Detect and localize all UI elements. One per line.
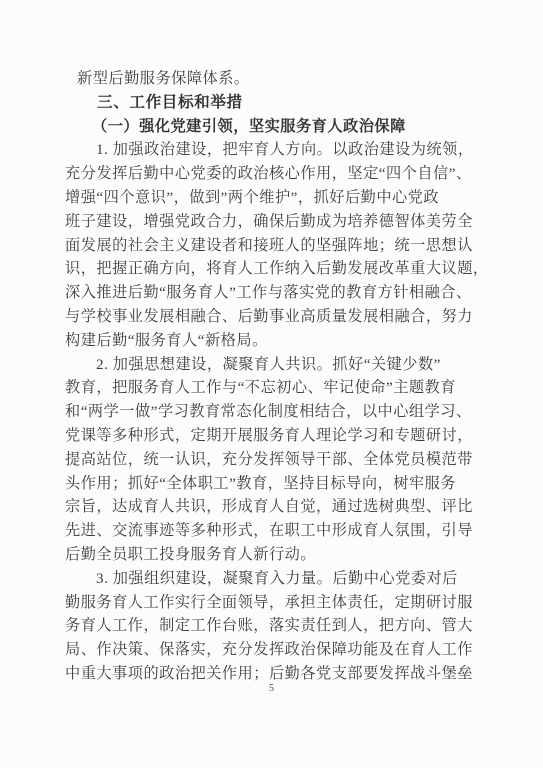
document-body: 新型后勤服务保障体系。 三、工作目标和举措 （一）强化党建引领，坚实服务育人政治… [65,67,485,686]
page-number: 5 [0,682,543,696]
text-line: 局、作决策、保落实，充分发挥政治保障功能及在育人工作 [65,638,485,662]
text-line: 面发展的社会主义建设者和接班人的坚强阵地；统一思想认 [65,234,485,258]
text-line: 2. 加强思想建设，凝聚育人共识。抓好“关键少数” [65,353,485,377]
text-line: 先进、交流事迹等多种形式，在职工中形成育人氛围，引导 [65,519,485,543]
text-line: 充分发挥后勤中心党委的政治核心作用，坚定“四个自信”、 [65,162,485,186]
text-line: 3. 加强组织建设，凝聚育入力量。后勤中心党委对后 [65,567,485,591]
text-line: 务育人工作，制定工作台账，落实责任到人，把方向、管大 [65,614,485,638]
text-line: 和“两学一做”学习教育常态化制度相结合，以中心组学习、 [65,400,485,424]
text-line: 识，把握正确方向，将育人工作纳入后勤发展改革重大议题， [65,257,485,281]
text-line: 勤服务育人工作实行全面领导，承担主体责任，定期研讨服 [65,591,485,615]
text-line: 构建后勤“服务育人“新格局。 [65,329,485,353]
subsection-heading: （一）强化党建引领，坚实服务育人政治保障 [65,115,485,139]
text-line: 1. 加强政治建设，把牢育人方向。以政治建设为统领， [65,138,485,162]
text-line: 宗旨，达成育人共识，形成育人自觉，通过选树典型、评比 [65,495,485,519]
text-line: 增强“四个意识”，做到”两个维护”，抓好后勤中心党政 [65,186,485,210]
text-line: 深入推进后勤“服务育人”工作与落实党的教育方针相融合、 [65,281,485,305]
text-line: 与学校事业发展相融合、后勤事业高质量发展相融合，努力 [65,305,485,329]
text-line: 头作用；抓好“全体职工”教育，坚持目标导向，树牢服务 [65,472,485,496]
document-page: 新型后勤服务保障体系。 三、工作目标和举措 （一）强化党建引领，坚实服务育人政治… [0,0,543,768]
text-line: 新型后勤服务保障体系。 [65,67,485,91]
section-heading: 三、工作目标和举措 [65,91,485,115]
text-line: 教育，把服务育人工作与“不忘初心、牢记使命”主题教育 [65,376,485,400]
text-line: 提高站位，统一认识，充分发挥领导干部、全体党员模范带 [65,448,485,472]
text-line: 后勤全员职工投身服务育人新行动。 [65,543,485,567]
text-line: 班子建设，增强党政合力，确保后勤成为培养德智体美劳全 [65,210,485,234]
text-line: 党课等多种形式，定期开展服务育人理论学习和专题研讨， [65,424,485,448]
